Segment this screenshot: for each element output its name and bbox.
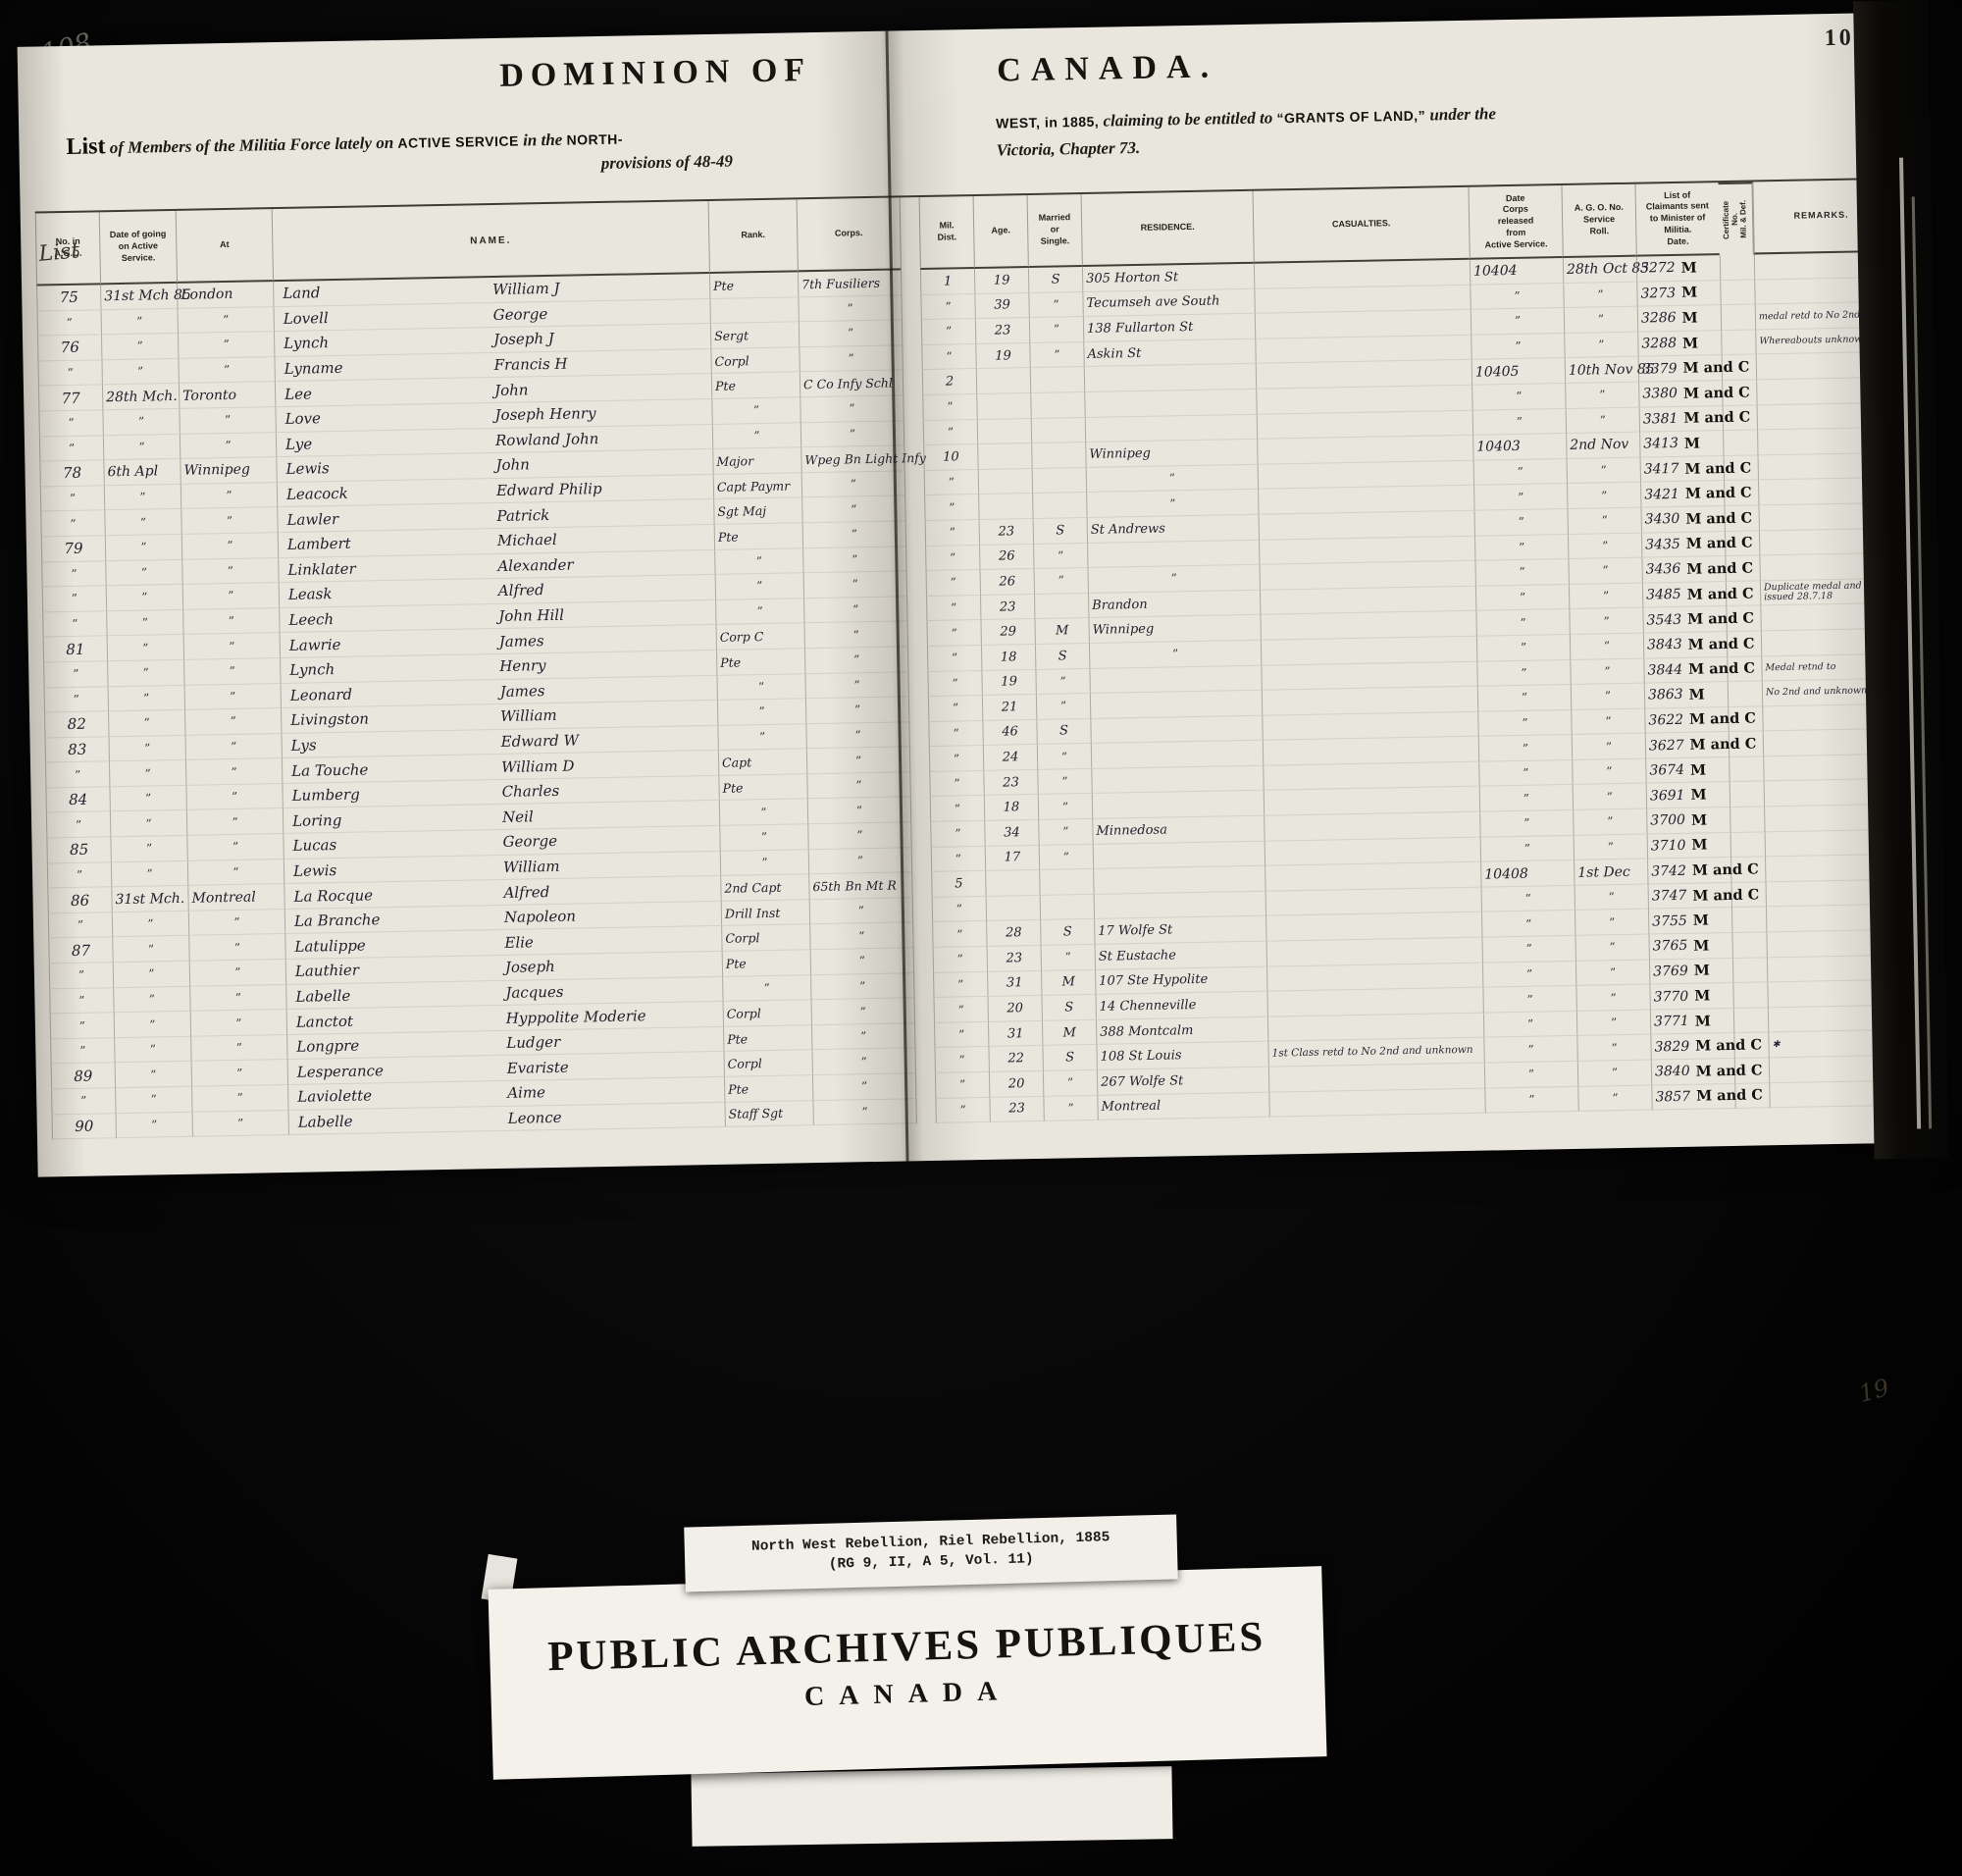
cell-casualties [1265,888,1481,917]
cell-no: ” [38,410,102,437]
cell-surname: La Branche [284,906,495,935]
cell-marital: ” [1043,1095,1097,1121]
cell-casualties [1267,1013,1483,1042]
cell-place: ” [178,332,274,358]
cell-casualties [1254,285,1470,314]
cell-certcol [1731,882,1766,908]
cell-dist: ” [932,921,986,948]
cell-rank: Corpl [723,1000,811,1026]
cell-gut [904,495,924,521]
medal-claim-mark: M [1681,285,1697,301]
cell-no: 89 [51,1064,115,1090]
cell-no: ” [41,561,105,588]
cell-corps: ” [811,998,914,1025]
cell-age: 18 [981,645,1035,671]
cell-list_date: ” [1564,307,1637,334]
cell-gut [903,395,922,421]
cell-rank: ” [715,573,803,599]
cell-no: 82 [44,711,108,738]
cell-list_date: ” [1577,1061,1651,1087]
cell-cert: 3691M [1646,782,1730,808]
cell-no: ” [47,862,111,889]
col-header-mil-dist: Mil. Dist. [919,196,974,270]
cell-dist: ” [929,746,983,772]
cell-certcol [1730,858,1765,883]
medal-claim-mark: M [1690,761,1706,778]
cell-residence: Tecumseh ave South [1082,288,1254,317]
cell-cert: 3829M and C [1650,1033,1733,1060]
cell-residence: ” [1086,465,1258,494]
cell-ago_no: ” [1472,409,1566,436]
cell-no: ” [48,912,112,939]
cell-place: Montreal [187,884,284,911]
cell-list_date: ” [1576,1010,1650,1036]
cell-rank: Drill Inst [721,900,809,926]
cell-dist: ” [924,495,978,521]
cell-dist: ” [928,696,982,722]
cell-date: ” [109,786,185,812]
cell-surname: Lee [275,379,486,408]
cell-dist: 2 [922,369,976,395]
cell-no: ” [42,611,106,638]
cell-place: ” [192,1111,288,1137]
col-header-casualties: CASUALTIES. [1253,187,1470,264]
cell-no: 85 [46,837,110,863]
cell-certcol [1732,983,1767,1009]
cell-certcol [1733,1008,1768,1033]
cell-surname: Latulippe [284,931,495,961]
cell-rank: Capt [718,750,806,776]
cell-certcol [1728,681,1762,706]
cell-rank: Sergt [710,322,799,348]
cell-residence [1093,841,1265,869]
cell-place: ” [178,307,274,334]
ledger-spread: DOMINION OF CANADA. List of Members of t… [18,12,1939,1176]
cell-dist: ” [927,646,981,672]
cell-gut [909,747,929,772]
cell-dist: ” [926,620,980,647]
cell-rank: ” [722,975,810,1002]
page-title-right: CANADA. [997,48,1218,89]
cell-place: ” [188,910,284,936]
cell-marital: ” [1043,1070,1097,1097]
cell-corps: ” [803,597,906,624]
cell-cert: 3413M [1639,431,1723,457]
cell-dist: ” [921,344,975,371]
cell-residence: Brandon [1088,590,1260,618]
cell-rank: ” [715,599,803,625]
cell-marital [1032,493,1086,519]
cell-casualties [1255,310,1471,339]
cell-list_date: 10th Nov 85 [1565,357,1638,384]
cell-place: ” [187,860,284,886]
cell-surname: Loring [283,806,493,835]
cell-dist: ” [929,771,983,798]
cell-casualties [1266,938,1482,967]
medal-claim-mark: M [1691,811,1707,828]
cell-surname: Labelle [285,981,496,1011]
cell-corps: ” [803,571,906,599]
cell-gut [901,270,920,295]
cell-residence: Askin St [1083,339,1255,368]
cell-rank: Pte [718,774,806,801]
cell-casualties [1266,963,1482,992]
cell-place: Toronto [179,382,275,408]
cell-date: ” [107,635,183,661]
cell-age: 18 [984,795,1038,821]
cell-certcol [1727,631,1761,656]
cell-given: Leonce [498,1102,724,1131]
cell-certcol [1723,405,1757,431]
cell-list_date: ” [1563,282,1636,308]
cell-ago_no: ” [1471,308,1564,335]
cell-gut [905,521,925,547]
medal-claim-mark: M [1691,837,1707,854]
cell-dist: ” [922,394,976,421]
cell-surname: Leonard [281,680,491,709]
cell-date: 31st Mch. [111,886,187,912]
cell-residence: 107 Ste Hypolite [1095,966,1266,995]
cell-ago_no: ” [1484,1062,1577,1088]
cell-place: ” [180,433,276,459]
cell-list_date: ” [1569,583,1642,609]
cell-gut [903,370,922,395]
cell-no: 90 [52,1114,116,1140]
cell-date: ” [106,585,182,611]
cell-list_date: ” [1570,633,1643,659]
cell-no: ” [43,661,107,688]
medal-claim-mark: M [1681,309,1697,326]
cell-marital: S [1042,995,1096,1021]
cell-age: 23 [980,595,1034,621]
cell-corps: ” [799,321,902,348]
cell-residence: ” [1089,641,1261,669]
cell-dist: ” [935,1072,989,1099]
col-header-claimants: List of Claimants sent to Minister of Mi… [1634,182,1719,257]
medal-claim-mark: M [1684,435,1700,451]
cell-corps: ” [806,748,909,775]
cell-date: ” [110,836,186,862]
cell-corps: ” [800,421,904,448]
cell-no: ” [45,762,109,789]
cell-residence [1084,364,1256,392]
cell-certcol [1731,932,1766,958]
cell-date: 6th Apl [103,459,180,486]
cell-cert: 3863M [1644,682,1728,708]
cell-certcol [1727,656,1761,682]
cell-ago_no: ” [1475,609,1569,636]
cell-rank: 2nd Capt [720,874,808,901]
cell-certcol [1729,732,1763,757]
cell-residence [1087,540,1259,568]
cell-date: ” [114,1012,190,1038]
cell-place: ” [182,608,279,635]
cell-surname: Lawrie [280,629,490,658]
cell-list_date: 28th Oct 85 [1563,257,1636,284]
cell-casualties [1256,360,1471,390]
cell-list_date: ” [1575,985,1649,1012]
cell-cert: 3421M and C [1640,481,1724,507]
cell-corps: ” [811,1023,914,1051]
cell-surname: Lumberg [282,780,492,809]
cell-no: 77 [38,386,102,412]
cell-cert: 3755M [1648,908,1731,934]
cell-age: 19 [975,343,1029,370]
cell-surname: Love [275,403,486,433]
cell-no: ” [39,436,103,462]
cell-rank: ” [716,674,804,701]
cell-ago_no: ” [1482,986,1575,1013]
cell-surname: Lewis [284,856,494,885]
cell-place: ” [189,985,285,1012]
cell-list_date: ” [1575,910,1648,936]
cell-no: ” [50,1013,114,1039]
cell-dist: ” [933,947,987,973]
cell-corps: ” [804,647,907,674]
cell-age: 19 [974,268,1028,294]
cell-certcol [1732,958,1767,983]
cell-no: ” [37,360,101,387]
cell-rank: Staff Sgt [724,1101,812,1127]
cell-list_date: ” [1572,758,1645,785]
cell-cert: 3771M [1650,1009,1733,1035]
cell-dist: ” [925,520,979,547]
cell-dist: ” [933,972,987,999]
cell-residence: 14 Chenneville [1095,992,1266,1020]
cell-no: ” [51,1088,115,1115]
cell-surname: Lambert [278,529,489,558]
cell-place: ” [190,1035,286,1062]
cell-gut [901,295,920,321]
cell-rank: Pte [722,950,810,976]
cell-place: ” [185,758,282,785]
cell-no: ” [49,963,113,989]
cell-date: ” [108,710,184,737]
cell-place: ” [185,784,282,810]
cell-corps: ” [805,697,908,724]
cell-corps: ” [802,521,905,548]
cell-casualties [1265,912,1481,942]
cell-list_date: ” [1576,1035,1650,1062]
medal-claim-mark: M [1693,912,1709,929]
cell-date: ” [101,334,178,360]
cell-date: ” [103,434,180,460]
cell-cert: 3622M and C [1644,707,1728,734]
cell-date: ” [116,1112,192,1138]
cell-ago_no: ” [1481,886,1575,912]
cell-no: ” [46,812,110,839]
cell-marital [1040,895,1094,921]
cell-surname: Livingston [281,704,491,734]
col-header-date: Date of going on Active Service. [99,211,177,285]
cell-place: ” [184,684,281,710]
medal-claim-mark: M [1694,963,1710,979]
cell-residence: ” [1086,490,1258,518]
cell-corps: ” [805,722,908,750]
cell-age: 26 [980,569,1034,596]
cell-gut [906,571,926,597]
cell-residence [1090,715,1262,744]
cell-dist: ” [920,294,974,321]
cell-dist: ” [923,420,977,446]
cell-casualties [1256,386,1471,415]
cell-dist: ” [928,721,982,748]
cell-place: ” [191,1060,287,1086]
cell-gut [906,597,926,622]
cell-list_date: ” [1567,483,1640,509]
cell-surname: La Rocque [284,880,494,910]
cell-dist: ” [934,1047,988,1073]
cell-casualties [1268,1064,1484,1093]
cell-cert: 3485M and C [1642,582,1726,608]
cell-rank: ” [717,699,805,725]
cell-age: 39 [974,293,1028,320]
cell-marital: S [1028,267,1082,293]
col-header-corps: Corps. [797,197,901,272]
cell-casualties [1261,661,1476,691]
cell-ago_no: ” [1473,459,1567,486]
cell-certcol [1720,280,1754,305]
cell-rank: ” [714,548,802,575]
cell-ago_no: ” [1477,710,1571,737]
cell-no: 76 [37,336,101,362]
cell-rank: ” [720,850,808,876]
cell-casualties [1263,737,1478,766]
cell-corps: ” [804,672,907,700]
cell-residence [1091,766,1263,795]
cell-gut [910,822,930,848]
cell-age: 23 [989,1096,1043,1122]
cell-ago_no: ” [1479,810,1573,837]
cell-corps: ” [807,798,910,825]
cell-ago_no: ” [1476,635,1570,661]
cell-certcol [1723,431,1757,456]
cell-date: ” [113,986,189,1013]
cell-rank: Capt Paymr [713,473,801,499]
cell-ago_no: ” [1476,659,1570,686]
cell-ago_no: ” [1473,484,1567,510]
cell-ago_no: ” [1478,735,1572,761]
cell-date: ” [113,962,189,988]
page-edge-line [1899,158,1921,1129]
cell-place: ” [182,583,279,609]
cell-date: ” [106,610,182,637]
cell-surname: Lye [276,429,487,458]
cell-date: ” [109,760,185,787]
medal-claim-mark: M [1695,1013,1711,1029]
cell-list_date: ” [1569,608,1642,635]
cell-gut [914,1048,934,1073]
cell-corps: 65th Bn Mt R [808,873,911,901]
cell-place: ” [188,934,284,961]
cell-surname: Lyname [274,353,485,383]
cell-casualties [1265,862,1480,892]
cell-gut [914,998,934,1023]
cell-casualties [1259,536,1474,565]
cell-ago_no: ” [1471,334,1564,360]
cell-certcol [1734,1058,1769,1083]
cell-cert: 3286M [1637,305,1721,332]
gutter-spacer [900,197,920,270]
cell-rank: Corp C [716,624,804,651]
medal-claim-mark: M [1693,937,1709,954]
cell-certcol [1725,531,1759,556]
cell-residence: 267 Wolfe St [1097,1068,1268,1096]
cell-age [985,870,1039,897]
cell-ago_no: ” [1477,685,1571,711]
cell-residence: Winnipeg [1085,440,1257,468]
cell-residence [1092,791,1264,819]
cell-date: 31st Mch 85 [100,284,177,310]
cell-rank: Pte [711,373,800,399]
cell-marital: ” [1038,794,1092,820]
cell-casualties [1259,561,1474,591]
cell-ago_no: 10404 [1470,258,1563,285]
cell-date: ” [105,559,181,586]
cell-surname: Leacock [277,479,488,508]
cell-casualties [1264,787,1479,816]
cell-gut [907,671,927,697]
cell-marital: ” [1037,769,1091,796]
subtitle-right-line1: WEST, in 1885, claiming to be entitled t… [996,97,1859,132]
col-header-rank: Rank. [708,199,798,274]
cell-date: ” [111,860,187,887]
cell-gut [913,948,933,973]
cell-no: ” [49,988,113,1015]
cell-casualties [1266,988,1482,1017]
cell-rank: Corpl [724,1051,812,1077]
cell-place: ” [181,558,278,585]
cell-age: 31 [988,1021,1042,1048]
cell-gut [902,320,921,345]
cell-cert: 3288M [1637,331,1721,357]
cell-residence [1084,390,1256,418]
cell-ago_no: ” [1471,384,1565,410]
cell-no: 81 [43,637,107,663]
cell-gut [907,647,927,672]
cell-surname: Lucas [283,830,493,860]
cell-gut [905,547,925,572]
cell-dist: ” [930,821,984,848]
cell-cert: 3417M and C [1640,456,1724,483]
cell-certcol [1728,706,1762,732]
cell-surname: Lys [281,730,491,759]
cell-date: 28th Mch. [102,384,179,410]
cell-list_date: ” [1571,708,1644,735]
cell-rank: Pte [716,649,804,675]
cell-age: 28 [986,920,1040,947]
cell-marital: ” [1037,744,1091,770]
cell-gut [911,848,931,873]
cell-ago_no: 10403 [1472,434,1566,460]
cell-surname: Labelle [288,1107,499,1136]
cell-marital: M [1042,1020,1096,1047]
cell-surname: Lovell [274,303,485,333]
cell-list_date: ” [1570,658,1643,685]
cell-place: ” [181,483,277,509]
cell-cert: 3674M [1645,757,1729,784]
cell-casualties: 1st Class retd to No 2nd and unknown [1267,1038,1483,1068]
cell-place: ” [191,1085,287,1112]
cell-cert: 3857M and C [1651,1084,1734,1111]
cell-surname: Lewis [276,453,487,483]
cell-ago_no: ” [1474,559,1568,586]
cell-casualties [1259,511,1474,541]
cell-certcol [1724,455,1758,481]
cell-surname: Lawler [277,503,488,533]
cell-cert: 3747M and C [1648,883,1731,910]
cell-surname: Lanctot [286,1006,497,1035]
